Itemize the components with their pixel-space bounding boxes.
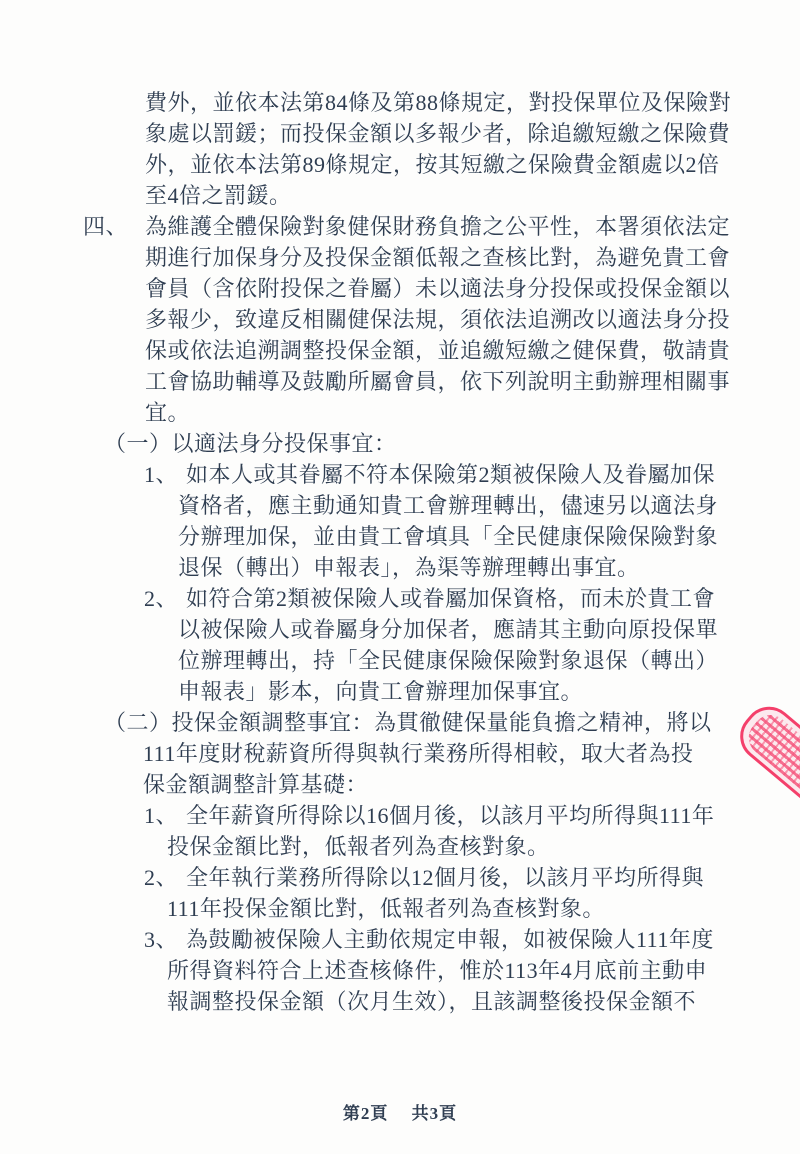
list-marker: 四、 bbox=[83, 211, 145, 242]
page-number-label: 第2頁 bbox=[343, 1104, 389, 1123]
page-footer: 第2頁 共3頁 bbox=[0, 1099, 800, 1124]
text-line: 2、全年執行業務所得除以12個月後，以該月平均所得與 bbox=[0, 862, 800, 893]
text-line: 1、全年薪資所得除以16個月後，以該月平均所得與111年 bbox=[0, 800, 800, 831]
line-text: 全年執行業務所得除以12個月後，以該月平均所得與 bbox=[186, 865, 704, 890]
page-total-label: 共3頁 bbox=[412, 1104, 458, 1123]
line-text: 外，並依本法第89條規定，按其短繳之保險費金額處以2倍 bbox=[145, 152, 720, 177]
text-line: 多報少，致違反相關健保法規，須依法追溯改以適法身分投 bbox=[0, 304, 800, 335]
text-line: 分辦理加保，並由貴工會填具「全民健康保險保險對象 bbox=[0, 521, 800, 552]
text-line: 外，並依本法第89條規定，按其短繳之保險費金額處以2倍 bbox=[0, 149, 800, 180]
text-line: 3、為鼓勵被保險人主動依規定申報，如被保險人111年度 bbox=[0, 924, 800, 955]
line-text: 會員（含依附投保之眷屬）未以適法身分投保或投保金額以 bbox=[145, 276, 730, 301]
text-line: 申報表」影本，向貴工會辦理加保事宜。 bbox=[0, 676, 800, 707]
text-line: 會員（含依附投保之眷屬）未以適法身分投保或投保金額以 bbox=[0, 273, 800, 304]
text-line: 投保金額比對，低報者列為查核對象。 bbox=[0, 831, 800, 862]
text-line: 保或依法追溯調整投保金額，並追繳短繳之健保費，敬請貴 bbox=[0, 335, 800, 366]
text-line: 1、如本人或其眷屬不符本保險第2類被保險人及眷屬加保 bbox=[0, 459, 800, 490]
text-line: 以被保險人或眷屬身分加保者，應請其主動向原投保單 bbox=[0, 614, 800, 645]
text-line: 宜。 bbox=[0, 397, 800, 428]
text-line: 至4倍之罰鍰。 bbox=[0, 180, 800, 211]
list-marker: 1、 bbox=[144, 800, 186, 831]
line-text: 所得資料符合上述查核條件，惟於113年4月底前主動申 bbox=[167, 958, 707, 983]
line-text: 報調整投保金額（次月生效），且該調整後投保金額不 bbox=[167, 989, 696, 1014]
text-line: 工會協助輔導及鼓勵所屬會員，依下列說明主動辦理相關事 bbox=[0, 366, 800, 397]
text-line: 期進行加保身分及投保金額低報之查核比對，為避免貴工會 bbox=[0, 242, 800, 273]
line-text: 位辦理轉出，持「全民健康保險保險對象退保（轉出） bbox=[178, 648, 718, 673]
line-text: 如本人或其眷屬不符本保險第2類被保險人及眷屬加保 bbox=[186, 462, 715, 487]
line-text: 多報少，致違反相關健保法規，須依法追溯改以適法身分投 bbox=[145, 307, 730, 332]
text-line: 保金額調整計算基礎： bbox=[0, 769, 800, 800]
text-line: 資格者，應主動通知貴工會辦理轉出，儘速另以適法身 bbox=[0, 490, 800, 521]
line-text: 分辦理加保，並由貴工會填具「全民健康保險保險對象 bbox=[178, 524, 718, 549]
line-text: 資格者，應主動通知貴工會辦理轉出，儘速另以適法身 bbox=[178, 493, 718, 518]
text-line: 位辦理轉出，持「全民健康保險保險對象退保（轉出） bbox=[0, 645, 800, 676]
text-line: （一）以適法身分投保事宜： bbox=[0, 428, 800, 459]
line-text: 期進行加保身分及投保金額低報之查核比對，為避免貴工會 bbox=[145, 245, 730, 270]
line-text: 保或依法追溯調整投保金額，並追繳短繳之健保費，敬請貴 bbox=[145, 338, 730, 363]
text-line: 象處以罰鍰；而投保金額以多報少者，除追繳短繳之保險費 bbox=[0, 118, 800, 149]
text-line: 退保（轉出）申報表」，為渠等辦理轉出事宜。 bbox=[0, 552, 800, 583]
line-text: 111年投保金額比對，低報者列為查核對象。 bbox=[167, 896, 605, 921]
text-line: 費外，並依本法第84條及第88條規定，對投保單位及保險對 bbox=[0, 87, 800, 118]
list-marker: 2、 bbox=[144, 862, 186, 893]
line-text: 保金額調整計算基礎： bbox=[143, 772, 368, 797]
line-text: 費外，並依本法第84條及第88條規定，對投保單位及保險對 bbox=[145, 90, 731, 115]
official-letter-page: 費外，並依本法第84條及第88條規定，對投保單位及保險對象處以罰鍰；而投保金額以… bbox=[0, 0, 800, 1154]
line-text: （一）以適法身分投保事宜： bbox=[104, 431, 397, 456]
text-line: 四、為維護全體保險對象健保財務負擔之公平性，本署須依法定 bbox=[0, 211, 800, 242]
line-text: 為維護全體保險對象健保財務負擔之公平性，本署須依法定 bbox=[145, 214, 730, 239]
line-text: 投保金額比對，低報者列為查核對象。 bbox=[167, 834, 550, 859]
text-line: 所得資料符合上述查核條件，惟於113年4月底前主動申 bbox=[0, 955, 800, 986]
list-marker: 3、 bbox=[144, 924, 186, 955]
text-line: （二）投保金額調整事宜：為貫徹健保量能負擔之精神，將以 bbox=[0, 707, 800, 738]
line-text: （二）投保金額調整事宜：為貫徹健保量能負擔之精神，將以 bbox=[104, 710, 712, 735]
text-line: 111年度財稅薪資所得與執行業務所得相較，取大者為投 bbox=[0, 738, 800, 769]
line-text: 全年薪資所得除以16個月後，以該月平均所得與111年 bbox=[186, 803, 714, 828]
text-line: 111年投保金額比對，低報者列為查核對象。 bbox=[0, 893, 800, 924]
line-text: 象處以罰鍰；而投保金額以多報少者，除追繳短繳之保險費 bbox=[145, 121, 730, 146]
line-text: 宜。 bbox=[145, 400, 190, 425]
line-text: 工會協助輔導及鼓勵所屬會員，依下列說明主動辦理相關事 bbox=[145, 369, 730, 394]
text-line: 2、如符合第2類被保險人或眷屬加保資格，而未於貴工會 bbox=[0, 583, 800, 614]
line-text: 111年度財稅薪資所得與執行業務所得相較，取大者為投 bbox=[143, 741, 693, 766]
document-body-text: 費外，並依本法第84條及第88條規定，對投保單位及保險對象處以罰鍰；而投保金額以… bbox=[0, 87, 800, 1017]
line-text: 申報表」影本，向貴工會辦理加保事宜。 bbox=[178, 679, 583, 704]
line-text: 至4倍之罰鍰。 bbox=[145, 183, 292, 208]
line-text: 為鼓勵被保險人主動依規定申報，如被保險人111年度 bbox=[186, 927, 714, 952]
line-text: 以被保險人或眷屬身分加保者，應請其主動向原投保單 bbox=[178, 617, 718, 642]
list-marker: 1、 bbox=[144, 459, 186, 490]
text-line: 報調整投保金額（次月生效），且該調整後投保金額不 bbox=[0, 986, 800, 1017]
list-marker: 2、 bbox=[144, 583, 186, 614]
line-text: 如符合第2類被保險人或眷屬加保資格，而未於貴工會 bbox=[186, 586, 715, 611]
line-text: 退保（轉出）申報表」，為渠等辦理轉出事宜。 bbox=[178, 555, 640, 580]
